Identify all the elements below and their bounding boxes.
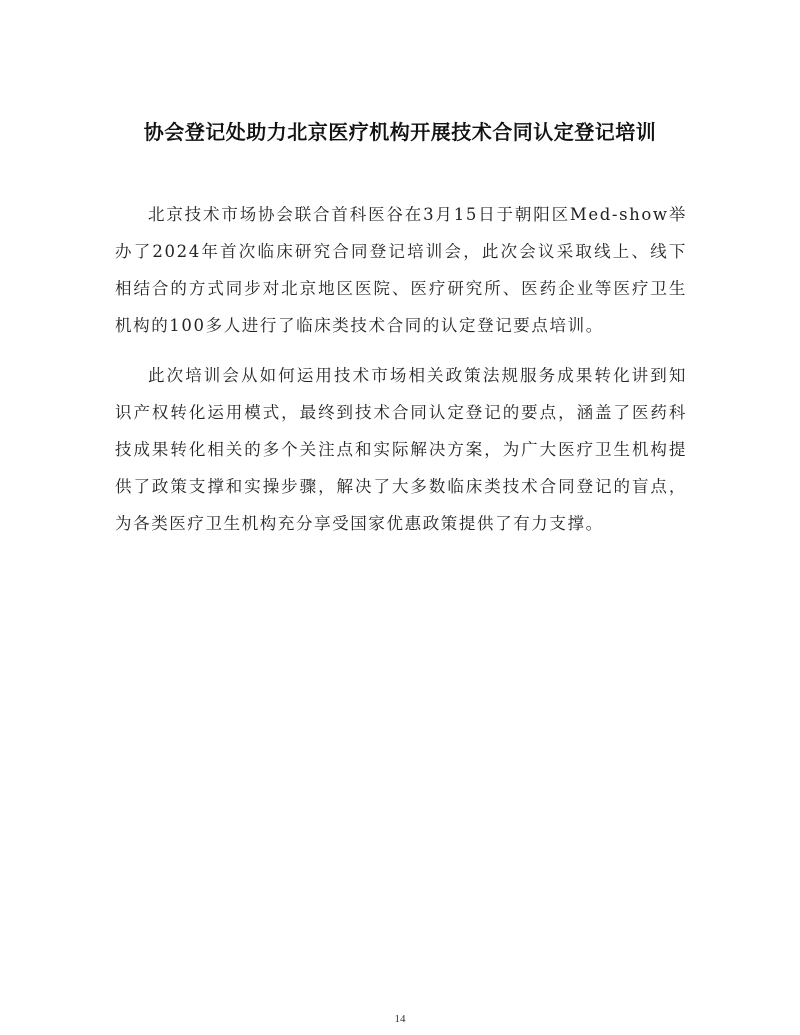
document-title: 协会登记处助力北京医疗机构开展技术合同认定登记培训 <box>0 116 800 145</box>
paragraph-1: 北京技术市场协会联合首科医谷在3月15日于朝阳区Med-show举办了2024年… <box>115 196 687 344</box>
document-page: 协会登记处助力北京医疗机构开展技术合同认定登记培训 北京技术市场协会联合首科医谷… <box>0 0 800 1035</box>
paragraph-2: 此次培训会从如何运用技术市场相关政策法规服务成果转化讲到知识产权转化运用模式，最… <box>115 357 687 542</box>
page-number: 14 <box>0 1013 800 1025</box>
